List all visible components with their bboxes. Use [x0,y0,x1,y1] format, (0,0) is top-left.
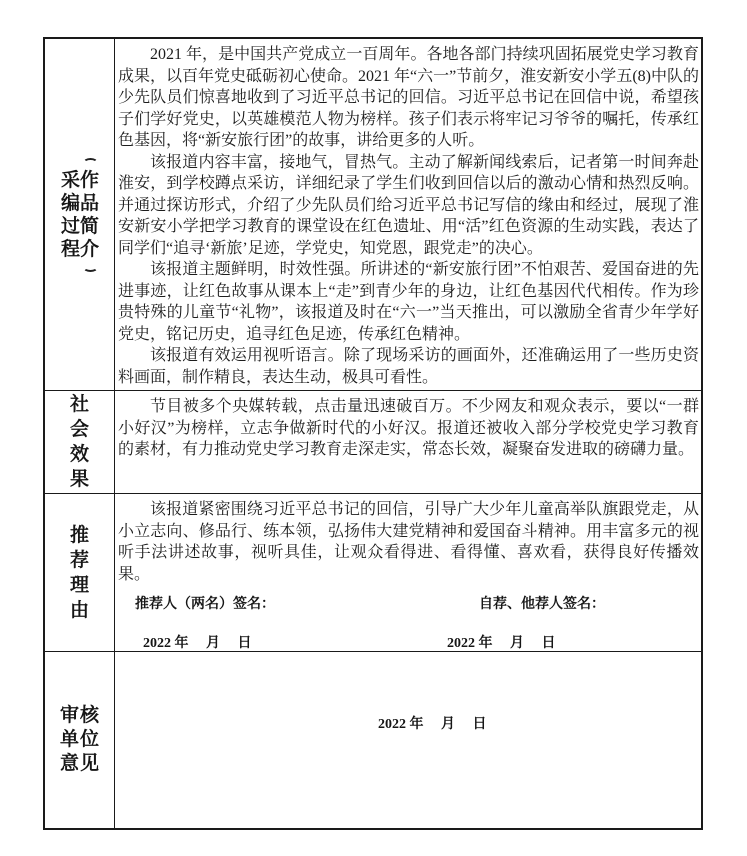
label-line: 编品 [60,192,99,215]
label-line: 由 [69,598,90,623]
label-line: 理 [69,573,90,598]
vertical-paren-close-icon [83,263,98,272]
paragraph: 该报道内容丰富，接地气，冒热气。主动了解新闻线索后，记者第一时间奔赴淮安，到学校… [118,152,699,260]
recommendation-form-table: 采作 编品 过简 程介 2021 年，是中国共产党成立一百周年。各地各部门持续巩… [43,37,703,830]
section-content-production-process: 2021 年，是中国共产党成立一百周年。各地各部门持续巩固拓展党史学习教育成果，… [114,39,701,390]
section-label-social-effect: 社 会 效 果 [45,390,114,493]
section-label-review-unit-opinion: 审核 单位 意见 [45,651,114,828]
section-content-recommendation-reason: 该报道紧密围绕习近平总书记的回信，引导广大少年儿童高举队旗跟党走，从小立志向、修… [114,493,701,651]
recommender-date: 2022 年 月 日 [143,633,252,651]
label-line: 审核 [59,704,100,728]
label-line: 程介 [60,238,99,261]
label-line: 单位 [59,728,100,752]
section-content-social-effect: 节目被多个央媒转载，点击量迅速破百万。不少网友和观众表示，要以“一群小好汉”为榜… [114,390,701,493]
label-line: 会 [69,417,90,442]
section-content-review-unit-opinion: 2022 年 月 日 [114,651,701,828]
label-line: 采作 [60,169,99,192]
section-label-production-process: 采作 编品 过简 程介 [45,39,114,390]
review-unit-date: 2022 年 月 日 [378,714,487,736]
vertical-paren-open-icon [83,158,98,167]
recommender-signature-label: 推荐人（两名）签名： [135,594,275,616]
self-recommender-date: 2022 年 月 日 [447,633,556,651]
label-line: 效 [69,442,90,467]
paragraph: 节目被多个央媒转载，点击量迅速破百万。不少网友和观众表示，要以“一群小好汉”为榜… [118,396,699,461]
paragraph: 该报道主题鲜明，时效性强。所讲述的“新安旅行团”不怕艰苦、爱国奋进的先进事迹，让… [118,259,699,345]
label-line: 社 [69,392,90,417]
label-line: 荐 [69,548,90,573]
section-label-recommendation-reason: 推 荐 理 由 [45,493,114,651]
label-line: 果 [69,467,90,492]
label-line: 推 [69,523,90,548]
label-line: 意见 [59,752,100,776]
paragraph: 该报道有效运用视听语言。除了现场采访的画面外，还准确运用了一些历史资料画面，制作… [118,345,699,388]
label-line: 过简 [60,215,99,238]
paragraph: 2021 年，是中国共产党成立一百周年。各地各部门持续巩固拓展党史学习教育成果，… [118,44,699,152]
self-recommender-signature-label: 自荐、他荐人签名： [479,594,605,616]
paragraph: 该报道紧密围绕习近平总书记的回信，引导广大少年儿童高举队旗跟党走，从小立志向、修… [118,499,699,585]
